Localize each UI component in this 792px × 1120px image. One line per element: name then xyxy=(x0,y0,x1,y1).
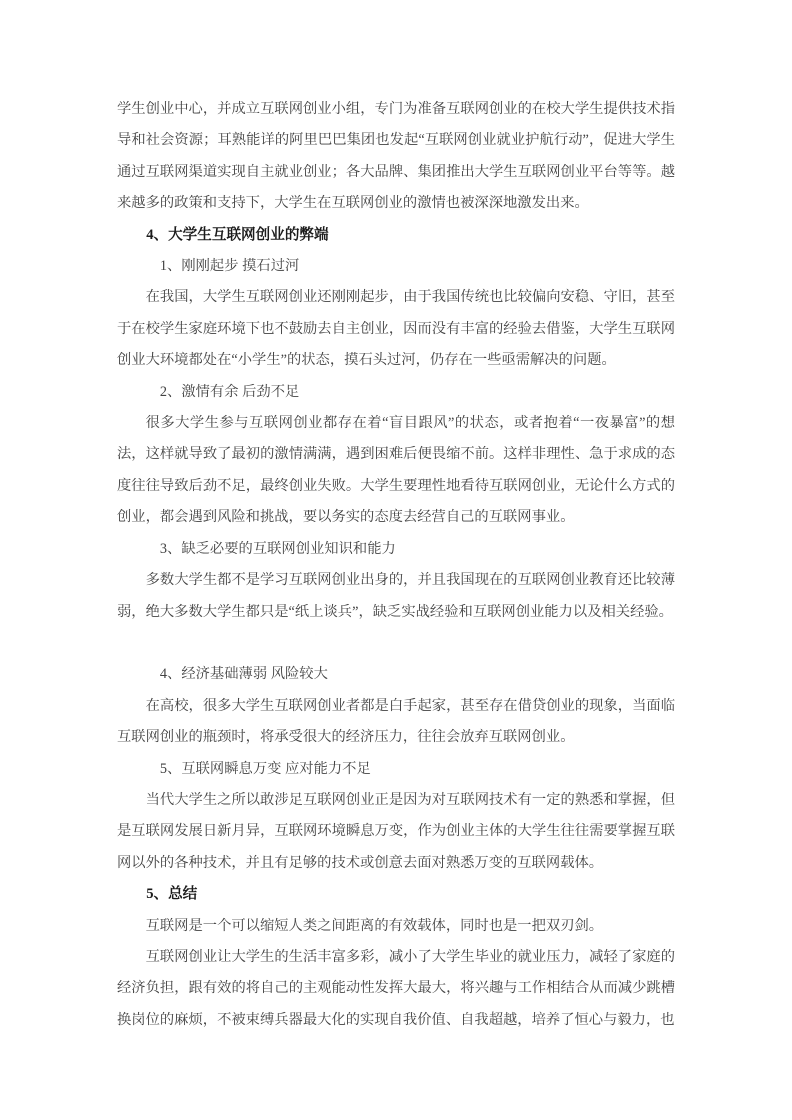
section-heading: 5、总结 xyxy=(117,879,675,910)
document-page: 学生创业中心，并成立互联网创业小组，专门为准备互联网创业的在校大学生提供技术指导… xyxy=(0,0,792,1120)
subsection-heading: 5、互联网瞬息万变 应对能力不足 xyxy=(117,754,675,785)
paragraph: 当代大学生之所以敢涉足互联网创业正是因为对互联网技术有一定的熟悉和掌握，但是互联… xyxy=(117,785,675,879)
paragraph: 互联网是一个可以缩短人类之间距离的有效载体，同时也是一把双刃剑。 xyxy=(117,911,675,942)
blank-line xyxy=(117,628,675,659)
paragraph: 在高校，很多大学生互联网创业者都是白手起家，甚至存在借贷创业的现象，当面临互联网… xyxy=(117,691,675,754)
paragraph: 互联网创业让大学生的生活丰富多彩，减小了大学生毕业的就业压力，减轻了家庭的经济负… xyxy=(117,942,675,1036)
subsection-heading: 3、缺乏必要的互联网创业知识和能力 xyxy=(117,534,675,565)
subsection-heading: 1、刚刚起步 摸石过河 xyxy=(117,251,675,282)
subsection-heading: 2、激情有余 后劲不足 xyxy=(117,377,675,408)
paragraph: 多数大学生都不是学习互联网创业出身的，并且我国现在的互联网创业教育还比较薄弱，绝… xyxy=(117,565,675,628)
paragraph: 很多大学生参与互联网创业都存在着“盲目跟风”的状态，或者抱着“一夜暴富”的想法，… xyxy=(117,408,675,534)
subsection-heading: 4、经济基础薄弱 风险较大 xyxy=(117,659,675,690)
paragraph: 在我国，大学生互联网创业还刚刚起步，由于我国传统也比较偏向安稳、守旧，甚至于在校… xyxy=(117,282,675,376)
document-body: 学生创业中心，并成立互联网创业小组，专门为准备互联网创业的在校大学生提供技术指导… xyxy=(117,94,675,1036)
section-heading: 4、大学生互联网创业的弊端 xyxy=(117,220,675,251)
paragraph: 学生创业中心，并成立互联网创业小组，专门为准备互联网创业的在校大学生提供技术指导… xyxy=(117,94,675,220)
